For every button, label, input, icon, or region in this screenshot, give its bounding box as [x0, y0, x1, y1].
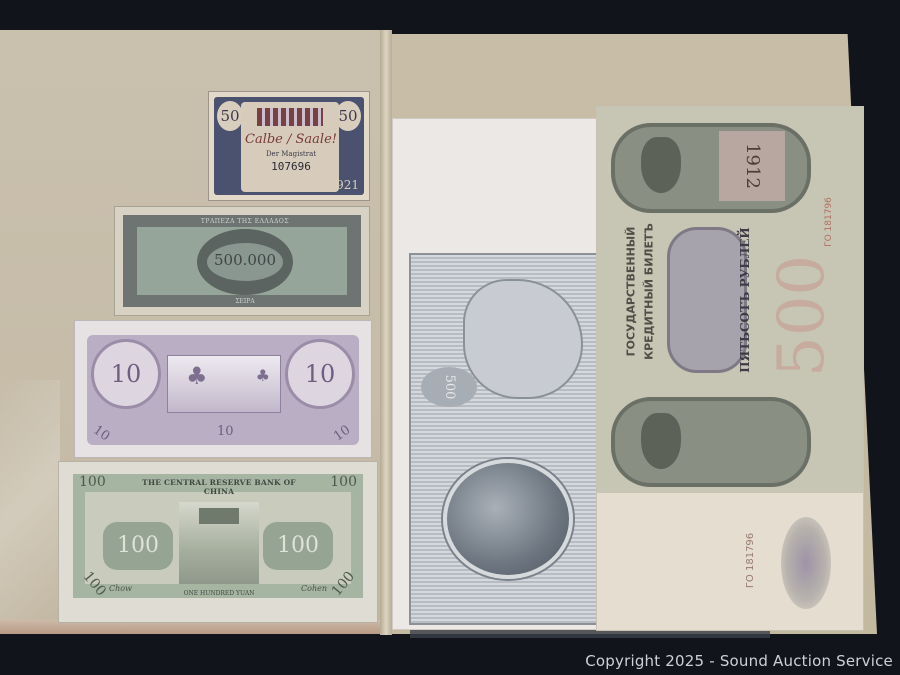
- note-footer: ΣΕΙΡΑ: [215, 298, 275, 305]
- year-box: 1912: [719, 131, 785, 201]
- note-header: ΤΡΑΠΕΖΑ ΤΗΣ ΕΛΛΑΔΟΣ: [185, 218, 305, 225]
- watermark-window: [781, 517, 831, 609]
- corner-value: 100: [330, 474, 357, 490]
- value-panel: 100: [263, 522, 333, 570]
- bank-name: THE CENTRAL RESERVE BANK OF CHINA: [129, 478, 309, 496]
- portrait-peter-the-great: [443, 459, 573, 579]
- corner-value: 100: [79, 474, 106, 490]
- banknote-china-100: THE CENTRAL RESERVE BANK OF CHINA 100 10…: [58, 461, 378, 623]
- signature: Chow: [109, 584, 132, 593]
- value-panel: 100: [103, 522, 173, 570]
- photo-stage: 50 50 Calbe / Saale! Der Magistrat 10769…: [0, 0, 900, 675]
- note-serial: ГО 181796: [824, 197, 834, 247]
- eagle-icon: [641, 413, 681, 469]
- banknote-russia-500-peter: 500 500 РУБЛЕЙ: [392, 118, 614, 630]
- note-title-line2: КРЕДИТНЫЙ БИЛЕТЪ: [643, 202, 656, 382]
- note-serial: ГО 181796: [745, 533, 756, 588]
- palm-vignette: ♣ ♣: [167, 355, 281, 413]
- value-medallion: 10: [285, 339, 355, 409]
- castle-icon: [257, 108, 323, 126]
- banknote-greek-500000: 500.000 ΤΡΑΠΕΖΑ ΤΗΣ ΕΛΛΑΔΟΣ ΣΕΙΡΑ: [114, 206, 370, 316]
- palm-tree-icon: ♣: [186, 362, 208, 390]
- banknote-calbe-notgeld: 50 50 Calbe / Saale! Der Magistrat 10769…: [208, 91, 370, 201]
- note-year: 921: [336, 178, 359, 192]
- note-title-line1: ГОСУДАРСТВЕННЫЙ: [625, 202, 638, 382]
- sleeve-edge: [410, 630, 770, 638]
- note-town: Calbe / Saale!: [243, 132, 339, 147]
- sleeve-reflection: [0, 380, 60, 620]
- note-denomination: 500.000: [201, 251, 289, 269]
- album-gutter: [380, 30, 392, 635]
- temple-gate-icon: [199, 508, 239, 524]
- banknote-russia-500-1912: 1912 500 ПЯТЬСОТЪ РУБЛЕЙ ГОСУДАРСТВЕННЫЙ…: [596, 106, 864, 631]
- value-oval: 500: [421, 367, 477, 407]
- cartouche-text: ПЯТЬСОТЪ РУБЛЕЙ: [738, 220, 752, 380]
- value-medallion: 10: [91, 339, 161, 409]
- denomination-text: ONE HUNDRED YUAN: [174, 590, 264, 597]
- note-serial: 107696: [243, 160, 339, 173]
- copyright-watermark: Copyright 2025 - Sound Auction Service: [585, 652, 893, 670]
- corner-value: 50: [217, 101, 243, 131]
- denomination-cartouche: [667, 227, 747, 373]
- signature: Cohen: [301, 584, 327, 593]
- banknote-japanese-10: 10 10 ♣ ♣ 10 10 10: [74, 320, 372, 458]
- center-value: 10: [217, 424, 234, 439]
- palm-tree-icon: ♣: [256, 366, 270, 385]
- note-issuer: Der Magistrat: [243, 150, 339, 158]
- eagle-icon: [641, 137, 681, 193]
